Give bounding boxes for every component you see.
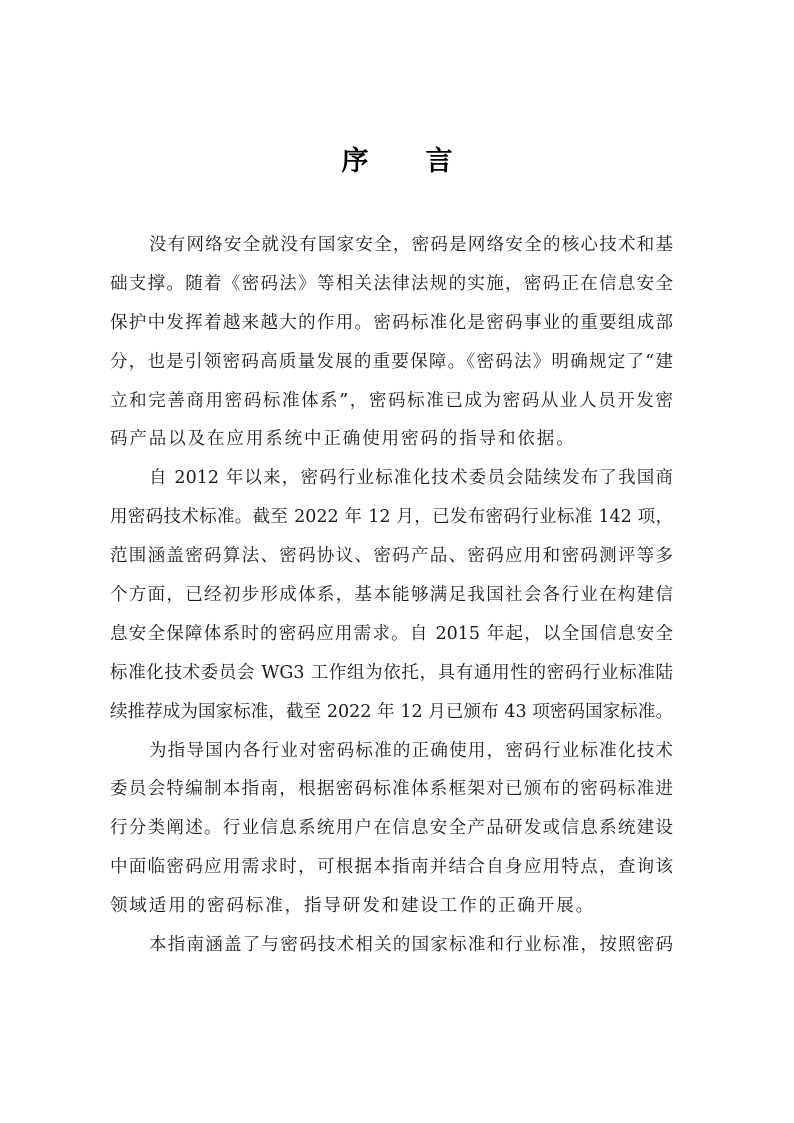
text-line: 码产品以及在应用系统中正确使用密码的指导和依据。 — [110, 420, 673, 459]
text-line: 领域适用的密码标准，指导研发和建设工作的正确开展。 — [110, 887, 673, 926]
paragraph-2: 自 2012 年以来，密码行业标准化技术委员会陆续发布了我国商 用密码技术标准。… — [110, 459, 673, 731]
text-line: 息安全保障体系时的密码应用需求。自 2015 年起，以全国信息安全 — [110, 615, 673, 654]
text-line: 自 2012 年以来，密码行业标准化技术委员会陆续发布了我国商 — [110, 459, 673, 498]
text-line: 个方面，已经初步形成体系，基本能够满足我国社会各行业在构建信 — [110, 576, 673, 615]
paragraph-3: 为指导国内各行业对密码标准的正确使用，密码行业标准化技术 委员会特编制本指南，根… — [110, 732, 673, 926]
page-title-char-1: 序 — [341, 142, 369, 182]
text-line: 分，也是引领密码高质量发展的重要保障。《密码法》明确规定了“建 — [110, 343, 673, 382]
text-line: 立和完善商用密码标准体系”，密码标准已成为密码从业人员开发密 — [110, 382, 673, 421]
text-line: 为指导国内各行业对密码标准的正确使用，密码行业标准化技术 — [110, 732, 673, 771]
document-page: 序 言 没有网络安全就没有国家安全，密码是网络安全的核心技术和基 础支撑。随着《… — [0, 0, 794, 1123]
document-body: 没有网络安全就没有国家安全，密码是网络安全的核心技术和基 础支撑。随着《密码法》… — [110, 226, 673, 965]
text-line: 标准化技术委员会 WG3 工作组为依托，具有通用性的密码行业标准陆 — [110, 654, 673, 693]
text-line: 行分类阐述。行业信息系统用户在信息安全产品研发或信息系统建设 — [110, 809, 673, 848]
text-line: 用密码技术标准。截至 2022 年 12 月，已发布密码行业标准 142 项， — [110, 498, 673, 537]
text-line: 保护中发挥着越来越大的作用。密码标准化是密码事业的重要组成部 — [110, 304, 673, 343]
text-line: 中面临密码应用需求时，可根据本指南并结合自身应用特点，查询该 — [110, 848, 673, 887]
text-line: 续推荐成为国家标准，截至 2022 年 12 月已颁布 43 项密码国家标准。 — [110, 693, 673, 732]
text-line: 没有网络安全就没有国家安全，密码是网络安全的核心技术和基 — [110, 226, 673, 265]
paragraph-1: 没有网络安全就没有国家安全，密码是网络安全的核心技术和基 础支撑。随着《密码法》… — [110, 226, 673, 459]
page-title-char-2: 言 — [425, 142, 453, 182]
text-line: 本指南涵盖了与密码技术相关的国家标准和行业标准，按照密码 — [110, 926, 673, 965]
page-title: 序 言 — [0, 142, 794, 182]
text-line: 范围涵盖密码算法、密码协议、密码产品、密码应用和密码测评等多 — [110, 537, 673, 576]
paragraph-4: 本指南涵盖了与密码技术相关的国家标准和行业标准，按照密码 — [110, 926, 673, 965]
text-line: 础支撑。随着《密码法》等相关法律法规的实施，密码正在信息安全 — [110, 265, 673, 304]
text-line: 委员会特编制本指南，根据密码标准体系框架对已颁布的密码标准进 — [110, 770, 673, 809]
